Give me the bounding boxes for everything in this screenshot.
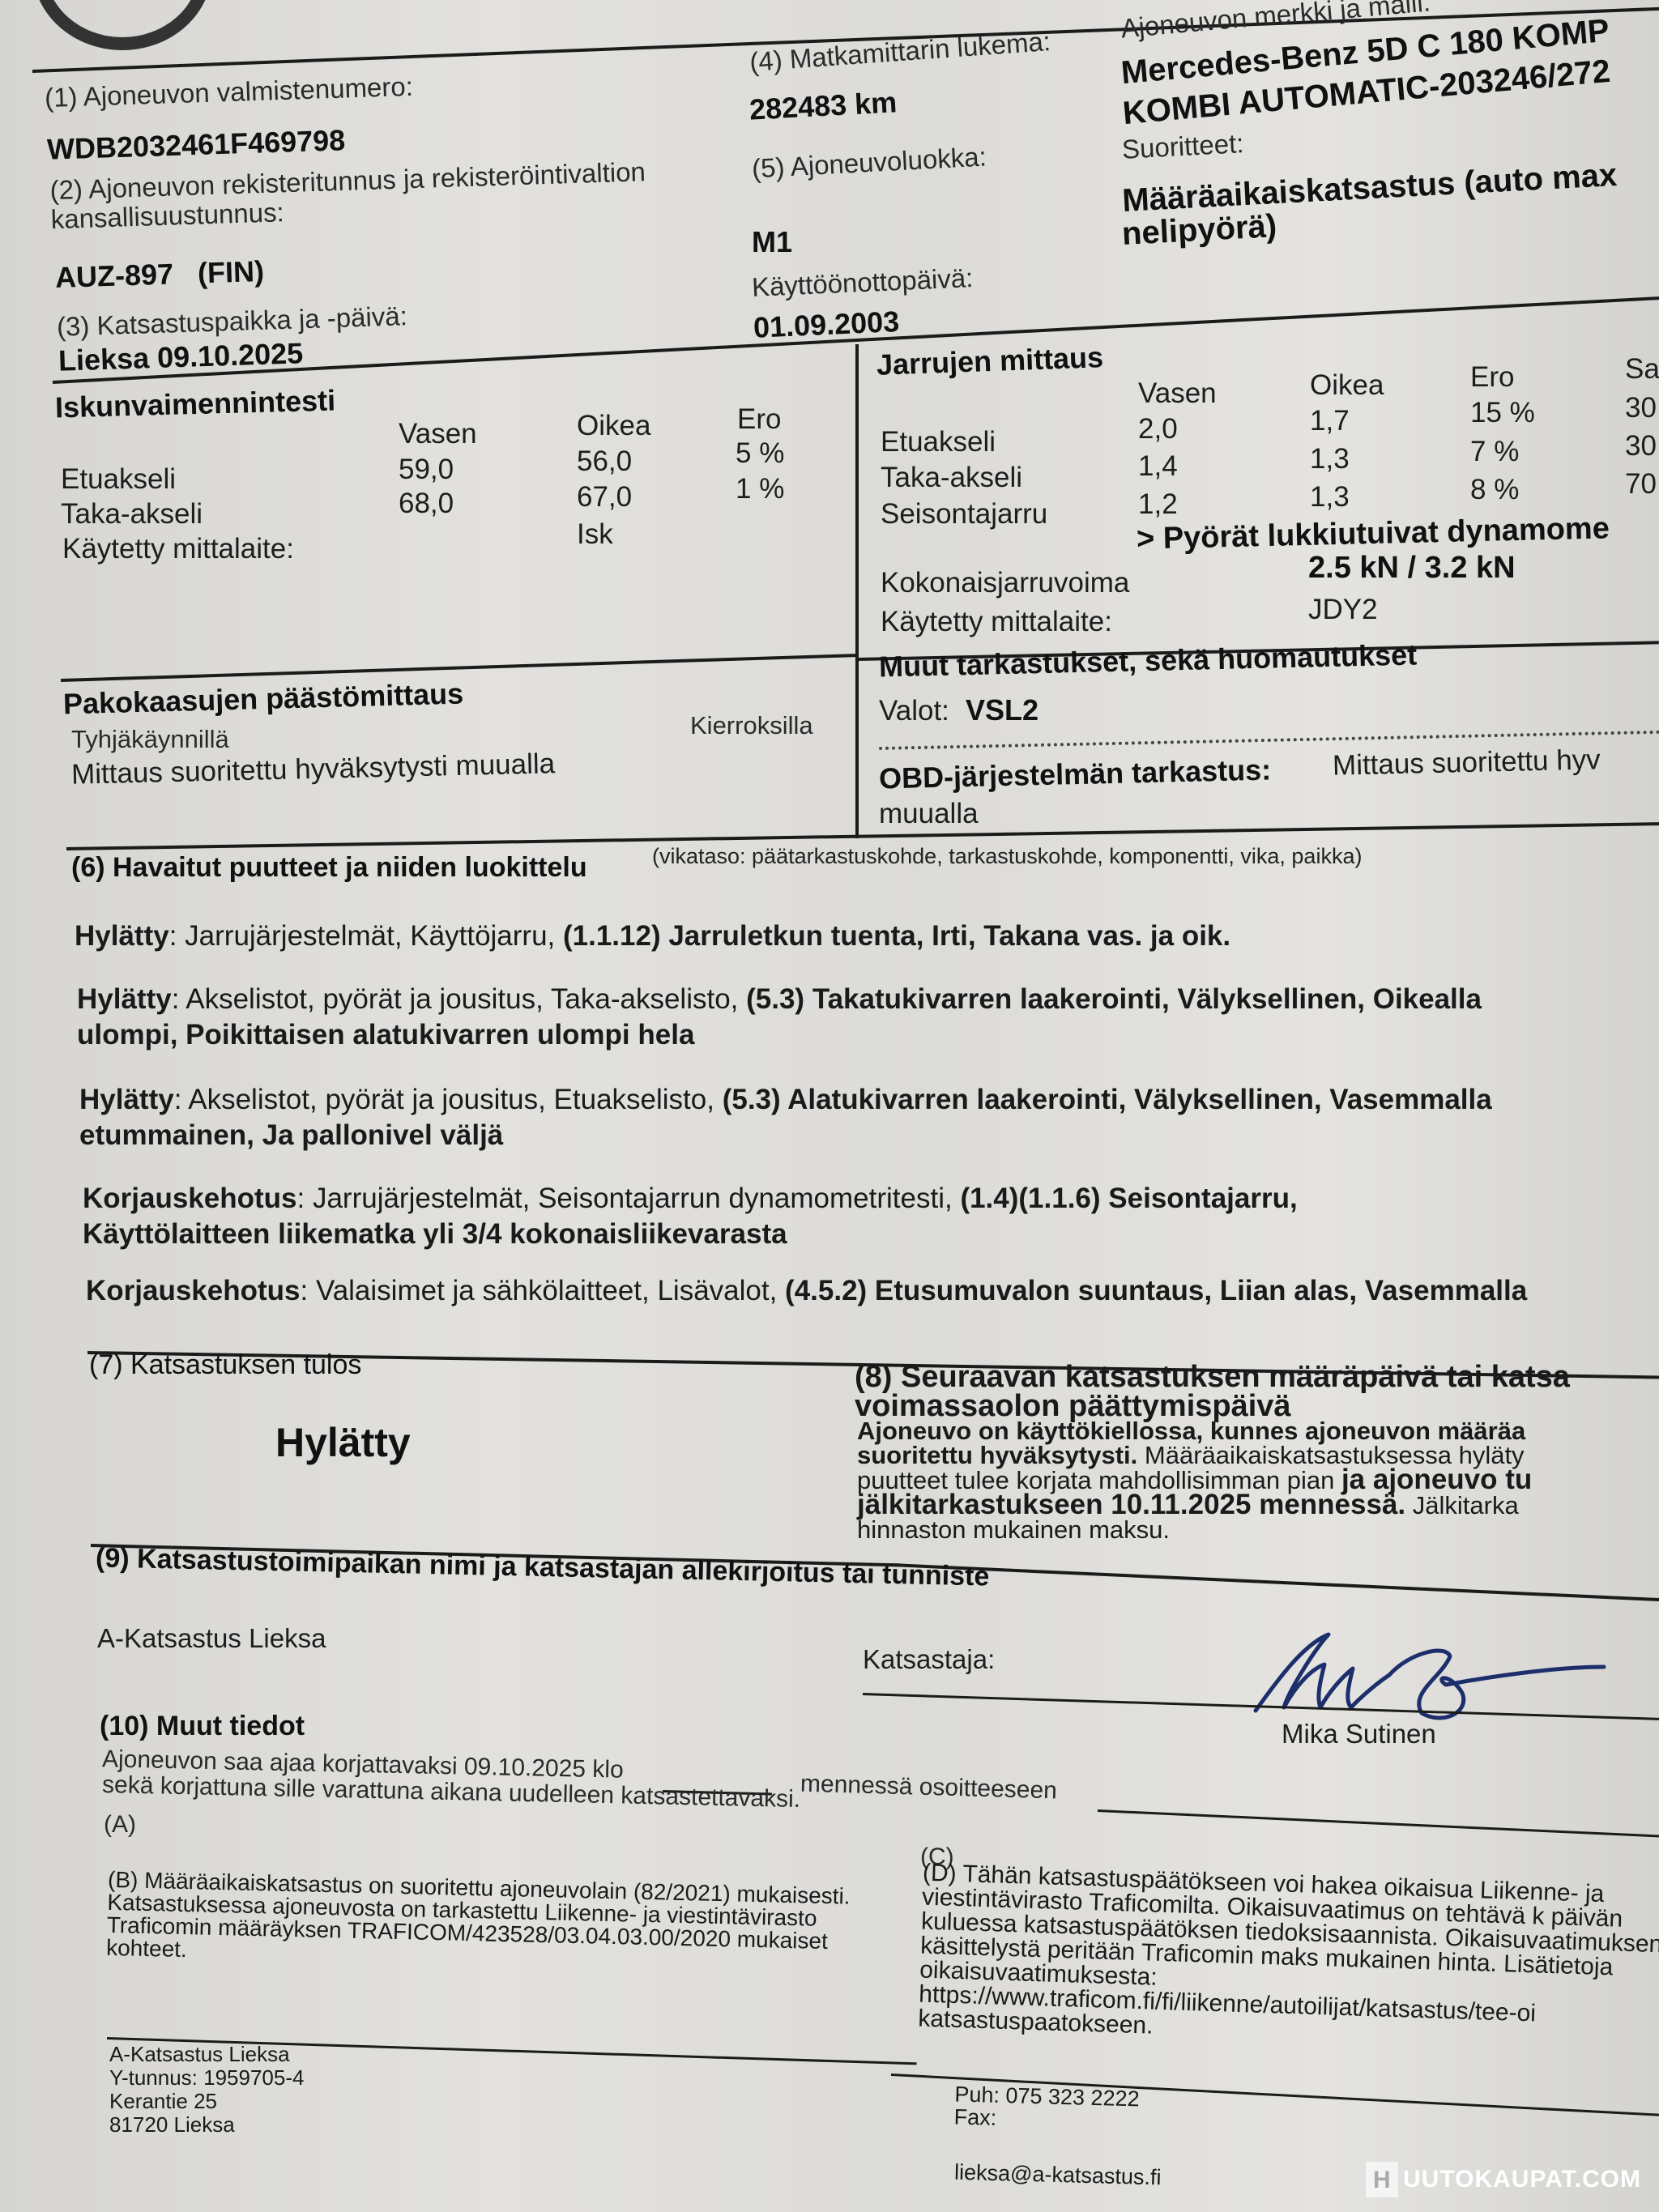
defect-item: Korjauskehotus: Valaisimet ja sähkölaitt… [86,1273,1544,1309]
brake-row-parking-diff: 8 % [1470,474,1519,506]
defect-item: Korjauskehotus: Jarrujärjestelmät, Seiso… [83,1181,1476,1252]
shock-col-left: Vasen [399,418,477,450]
footer-company: A-Katsastus Lieksa [109,2043,514,2066]
other-info-b: (B) Määräaikaiskatsastus on suoritettu a… [106,1869,902,1977]
inspection-place-label: (3) Katsastuspaikka ja -päivä: [57,300,408,343]
defect-item: Hylätty: Akselistot, pyörät ja jousitus,… [77,982,1559,1053]
brake-row-front-right: 1,7 [1310,405,1350,437]
station-name: A-Katsastus Lieksa [97,1623,326,1654]
result-title: (7) Katsastuksen tulos [89,1349,361,1381]
other-info-d: (D) Tähän katsastuspäätökseen voi hakea … [918,1861,1659,2055]
services-label: Suoritteet: [1121,128,1244,165]
shock-col-diff: Ero [737,403,781,436]
vehicle-class-value: M1 [752,225,792,259]
footer-business-id: Y-tunnus: 1959705-4 [109,2066,514,2090]
vin-label: (1) Ajoneuvon valmistenumero: [45,71,414,113]
lights-label: Valot: [879,695,949,727]
inspector-signature [1247,1620,1620,1725]
watermark-logo-icon [1366,2162,1398,2197]
next-inspection-text: Ajoneuvo on käyttökiellossa, kunnes ajon… [857,1419,1659,1542]
address-blank [1098,1809,1659,1838]
vin-value: WDB2032461F469798 [46,123,345,167]
footer-email[interactable]: lieksa@a-katsastus.fi [954,2160,1162,2191]
brake-device-value: JDY2 [1308,594,1378,626]
odometer-value: 282483 km [748,85,898,126]
brake-col-diff: Ero [1470,361,1514,394]
result-value: Hylätty [275,1419,411,1466]
brake-row-rear-extra: 30 [1625,430,1657,462]
defects-title: (6) Havaitut puutteet ja niiden luokitte… [71,852,587,884]
brake-row-front-extra: 30 [1625,392,1657,424]
shock-device-value: Isk [577,518,613,551]
odometer-label: (4) Matkamittarin lukema: [748,26,1051,78]
brake-col-extra: Sa [1625,353,1659,386]
brake-row-parking-right: 1,3 [1310,481,1350,514]
shock-col-right: Oikea [577,410,650,442]
station-title: (9) Katsastustoimipaikan nimi ja katsast… [96,1542,990,1592]
shock-row-rear-left: 68,0 [399,488,454,520]
brake-row-rear-name: Taka-akseli [881,462,1022,494]
obd-label: OBD-järjestelmän tarkastus: [879,753,1272,796]
footer-contact: Puh: 075 323 2222 Fax: [953,2082,1359,2138]
brake-row-front-diff: 15 % [1470,397,1535,429]
brake-row-front-name: Etuakseli [881,426,996,458]
other-info-line-1b: mennessä osoitteeseen [800,1771,1058,1805]
brake-test-title: Jarrujen mittaus [876,340,1103,382]
emissions-rpm-label: Kierroksilla [690,711,813,740]
brake-device-label: Käytetty mittalaite: [881,606,1112,638]
inspector-label: Katsastaja: [863,1644,995,1675]
brake-row-front-left: 2,0 [1138,413,1178,445]
services-line-1: Määräaikaiskatsastus (auto max [1121,157,1618,219]
column-divider [855,344,859,838]
lights-value: VSL2 [966,693,1038,727]
shock-row-front-name: Etuakseli [61,463,176,496]
other-checks-title: Muut tarkastukset, sekä huomautukset [879,637,1418,684]
shock-row-rear-diff: 1 % [736,473,784,505]
shock-row-front-right: 56,0 [577,445,632,478]
registration-label: (2) Ajoneuvon rekisteritunnus ja rekiste… [49,156,683,234]
inspector-name: Mika Sutinen [1282,1719,1436,1750]
defect-item: Hylätty: Jarrujärjestelmät, Käyttöjarru,… [75,918,1614,954]
obd-value: Mittaus suoritettu hyv [1333,744,1601,782]
shock-row-rear-right: 67,0 [577,481,632,514]
brake-total-value: 2.5 kN / 3.2 kN [1308,551,1516,586]
obd-value-continued: muualla [879,798,979,830]
other-info-a: (A) [104,1811,136,1839]
shock-row-front-diff: 5 % [736,437,784,470]
brake-total-label: Kokonaisjarruvoima [881,567,1129,599]
footer-street: Kerantie 25 [109,2090,514,2113]
divider [891,1563,1659,1601]
shock-row-front-left: 59,0 [399,454,454,486]
defect-item: Hylätty: Akselistot, pyörät ja jousitus,… [79,1082,1497,1153]
brake-row-parking-name: Seisontajarru [881,498,1047,531]
inspection-document: (1) Ajoneuvon valmistenumero: WDB2032461… [0,0,1659,2212]
brake-col-left: Vasen [1138,377,1217,410]
brake-row-parking-left: 1,2 [1138,488,1178,521]
shock-row-rear-name: Taka-akseli [61,498,203,531]
emissions-result: Mittaus suoritettu hyväksytysti muualla [71,748,556,791]
shock-device-label: Käytetty mittalaite: [62,533,294,565]
vehicle-class-label: (5) Ajoneuvoluokka: [751,141,987,184]
brake-row-parking-extra: 70 [1625,468,1657,501]
brake-row-rear-diff: 7 % [1470,436,1519,468]
company-logo [32,0,212,50]
footer-postal: 81720 Lieksa [109,2113,514,2137]
other-info-title: (10) Muut tiedot [100,1711,305,1742]
brake-col-right: Oikea [1310,369,1384,402]
brake-row-rear-left: 1,4 [1138,450,1178,483]
emissions-title: Pakokaasujen päästömittaus [63,677,464,722]
registration-value: AUZ-897 (FIN) [54,254,264,295]
emissions-idle-label: Tyhjäkäynnillä [71,725,229,754]
brake-row-rear-right: 1,3 [1310,443,1350,475]
watermark: UUTOKAUPAT.COM [1366,2162,1641,2197]
next-inspection-title: (8) Seuraavan katsastuksen määräpäivä ta… [855,1362,1659,1421]
defects-subtitle: (vikataso: päätarkastuskohde, tarkastusk… [652,844,1362,869]
first-use-label: Käyttöönottopäivä: [751,262,974,303]
services-line-2: nelipyörä) [1121,208,1277,253]
footer-address: A-Katsastus Lieksa Y-tunnus: 1959705-4 K… [109,2043,514,2137]
shock-test-title: Iskunvaimennintesti [55,383,336,424]
